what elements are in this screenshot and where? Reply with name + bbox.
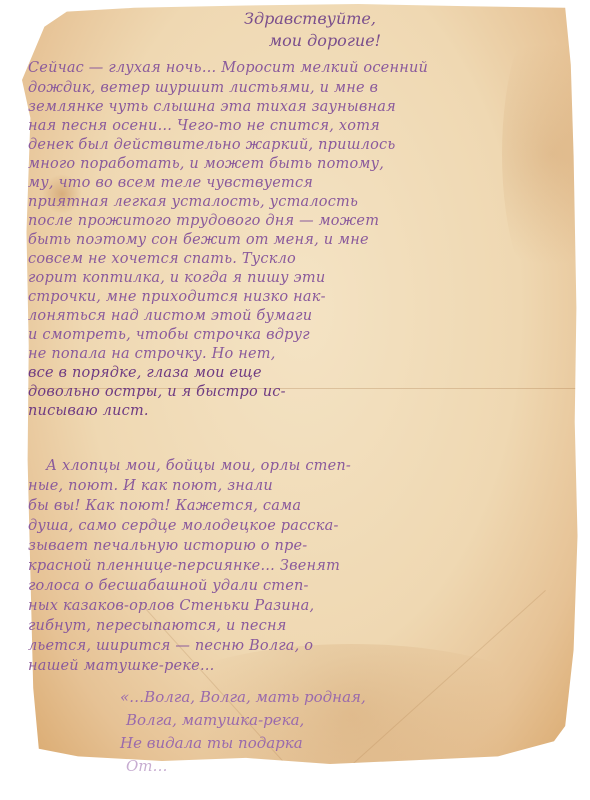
text-line: лоняться над листом этой бумаги (28, 308, 568, 324)
text-line: довольно остры, и я быстро ис- (28, 384, 568, 400)
text-line: бы вы! Как поют! Кажется, сама (28, 498, 568, 514)
text-line: зывает печальную историю о пре- (28, 538, 568, 554)
text-line: не попала на строчку. Но нет, (28, 346, 568, 362)
text-line: красной пленнице-персиянке… Звенят (28, 558, 568, 574)
text-line: Сейчас — глухая ночь… Моросит мелкий осе… (28, 60, 568, 76)
greeting-line-2: мои дорогие! (180, 30, 440, 52)
text-line: гибнут, пересыпаются, и песня (28, 618, 568, 634)
text-line: голоса о бесшабашной удали степ- (28, 578, 568, 594)
text-line: землянке чуть слышна эта тихая заунывная (28, 99, 568, 115)
text-line: денек был действительно жаркий, пришлось (28, 137, 568, 153)
greeting-line-1: Здравствуйте, (180, 8, 440, 30)
text-line: после прожитого трудового дня — может (28, 213, 568, 229)
text-line: строчки, мне приходится низко нак- (28, 289, 568, 305)
text-line: нашей матушке-реке… (28, 658, 568, 674)
verse-line: От… (126, 757, 168, 775)
verse-line: Не видала ты подарка (120, 734, 303, 752)
text-line: льется, ширится — песню Волга, о (28, 638, 568, 654)
text-line: все в порядке, глаза мои еще (28, 365, 568, 381)
letter-greeting: Здравствуйте, мои дорогие! (180, 8, 440, 52)
text-line: горит коптилка, и когда я пишу эти (28, 270, 568, 286)
text-line: душа, само сердце молодецкое расска- (28, 518, 568, 534)
text-line: и смотреть, чтобы строчка вдруг (28, 327, 568, 343)
text-line: быть поэтому сон бежит от меня, и мне (28, 232, 568, 248)
text-line: приятная легкая усталость, усталость (28, 194, 568, 210)
text-line: ная песня осени… Чего-то не спится, хотя (28, 118, 568, 134)
verse-line: «…Волга, Волга, мать родная, (120, 688, 366, 706)
verse-line: Волга, матушка-река, (126, 711, 304, 729)
text-line: ных казаков-орлов Стеньки Разина, (28, 598, 568, 614)
text-line: много поработать, и может быть потому, (28, 156, 568, 172)
text-line: ные, поют. И как поют, знали (28, 478, 568, 494)
text-line: му, что во всем теле чувствуется (28, 175, 568, 191)
text-line: А хлопцы мои, бойцы мои, орлы степ- (46, 458, 586, 474)
text-line: совсем не хочется спать. Тускло (28, 251, 568, 267)
text-line: дождик, ветер шуршит листьями, и мне в (28, 80, 568, 96)
text-line: писываю лист. (28, 403, 568, 419)
